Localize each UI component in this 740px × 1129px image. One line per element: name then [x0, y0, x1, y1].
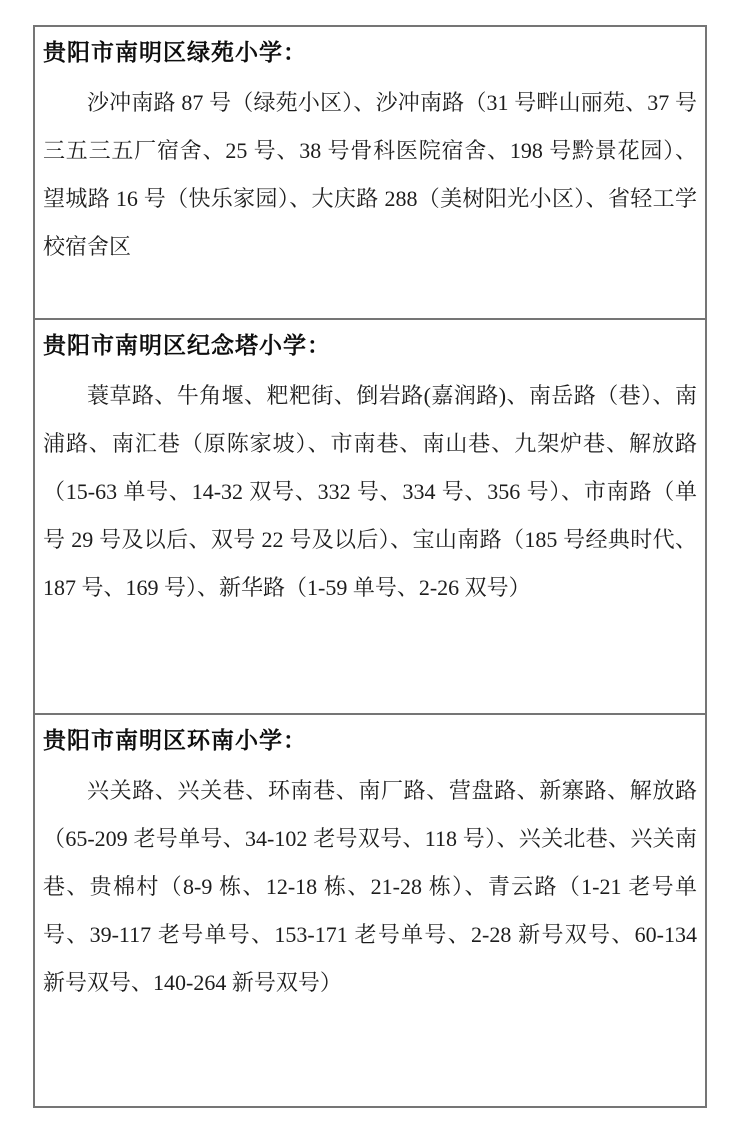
school-name: 贵阳市南明区绿苑小学：	[43, 33, 697, 73]
table-cell: 贵阳市南明区环南小学： 兴关路、兴关巷、环南巷、南厂路、营盘路、新寨路、解放路（…	[35, 715, 705, 1007]
street-list: 兴关路、兴关巷、环南巷、南厂路、营盘路、新寨路、解放路（65-209 老号单号、…	[43, 767, 697, 1007]
street-list: 蓑草路、牛角堰、粑粑街、倒岩路(嘉润路)、南岳路（巷）、南浦路、南汇巷（原陈家坡…	[43, 372, 697, 612]
school-name: 贵阳市南明区纪念塔小学：	[43, 326, 697, 366]
street-list: 沙冲南路 87 号（绿苑小区）、沙冲南路（31 号畔山丽苑、37 号三五三五厂宿…	[43, 79, 697, 271]
school-district-table: 贵阳市南明区绿苑小学： 沙冲南路 87 号（绿苑小区）、沙冲南路（31 号畔山丽…	[33, 25, 707, 1108]
table-cell: 贵阳市南明区纪念塔小学： 蓑草路、牛角堰、粑粑街、倒岩路(嘉润路)、南岳路（巷）…	[35, 320, 705, 612]
table-row: 贵阳市南明区绿苑小学： 沙冲南路 87 号（绿苑小区）、沙冲南路（31 号畔山丽…	[35, 27, 705, 318]
table-row: 贵阳市南明区纪念塔小学： 蓑草路、牛角堰、粑粑街、倒岩路(嘉润路)、南岳路（巷）…	[35, 318, 705, 713]
table-cell: 贵阳市南明区绿苑小学： 沙冲南路 87 号（绿苑小区）、沙冲南路（31 号畔山丽…	[35, 27, 705, 271]
table-row: 贵阳市南明区环南小学： 兴关路、兴关巷、环南巷、南厂路、营盘路、新寨路、解放路（…	[35, 713, 705, 1106]
school-name: 贵阳市南明区环南小学：	[43, 721, 697, 761]
